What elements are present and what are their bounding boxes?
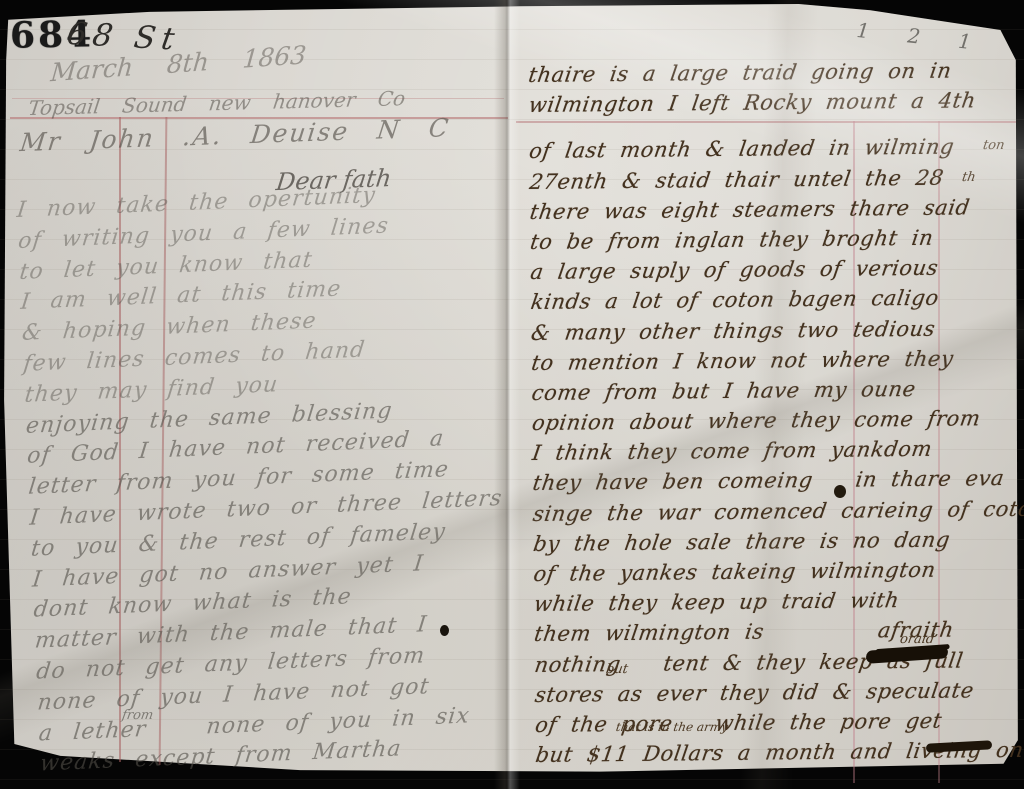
insertion-oraid: oraid	[899, 632, 936, 647]
insertion-but: but	[605, 662, 629, 677]
interline-insertion: from	[121, 708, 155, 723]
handwriting-line: but $11 Dollars a month and liveing on	[533, 738, 1024, 773]
handwriting-line: to mention I know not where they	[529, 345, 1024, 380]
left-page-body: I now take the opertunity of writing you…	[16, 178, 520, 783]
handwriting-line: they have ben comeing in thare eva	[530, 466, 1024, 501]
handwriting-line: & many other things two tedious	[529, 315, 1024, 350]
insertion-army: that is in the army	[615, 720, 729, 734]
handwriting-line: kinds a lot of coton bagen caligo	[528, 285, 1024, 320]
handwriting-line: them wilmington is afraith	[532, 617, 1024, 652]
scanned-letter: 684 68 St 1 2 1 March 8th 1863 Topsail S…	[0, 0, 1024, 789]
handwriting-line: wilmington I left Rocky mount a 4th	[526, 88, 1024, 123]
handwriting-line: of last month & landed in wilming	[527, 134, 1024, 169]
superscript-ton: ton	[982, 138, 1006, 153]
right-page-body: thaire is a large traid going on in wilm…	[528, 58, 1024, 773]
handwriting-line: singe the war comenced carieing of coton	[531, 496, 1024, 531]
handwriting-line: 27enth & staid thair untel the 28	[527, 164, 1024, 199]
superscript-th: th	[961, 170, 977, 185]
